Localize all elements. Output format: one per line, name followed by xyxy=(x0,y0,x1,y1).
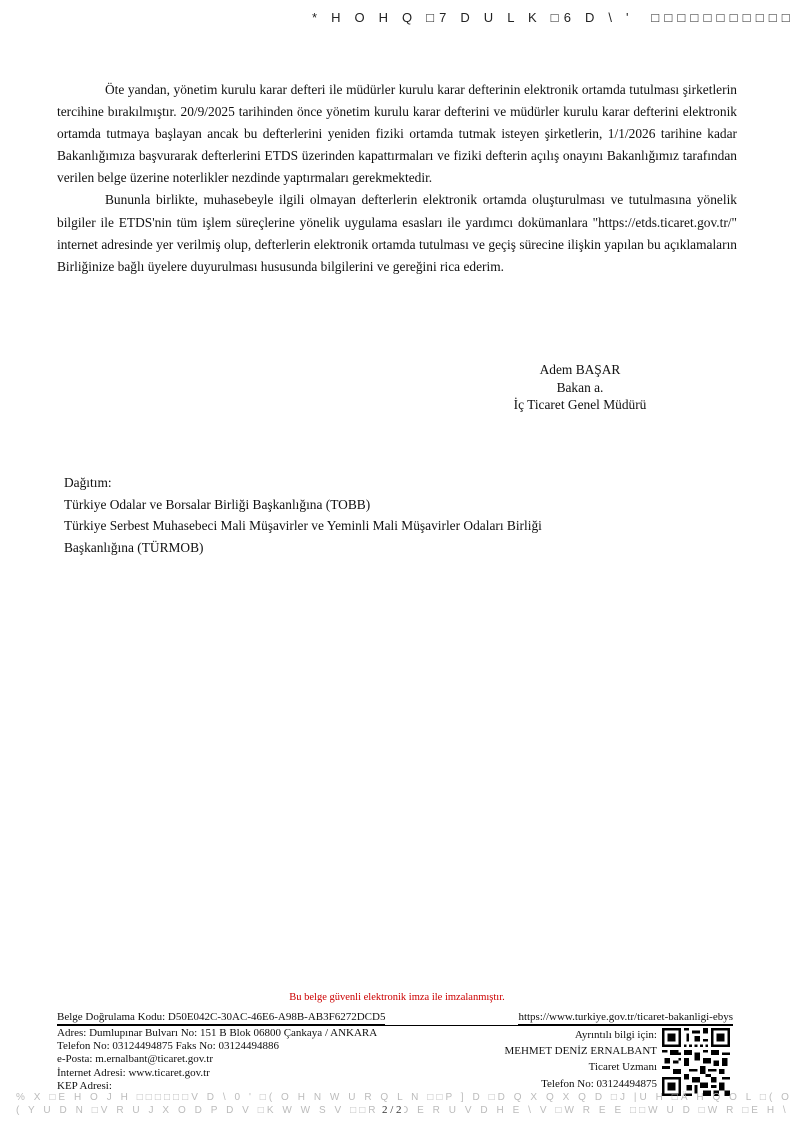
qr-code-icon xyxy=(662,1028,730,1096)
distribution-label: Dağıtım: xyxy=(64,472,664,494)
verification-code: Belge Doğrulama Kodu: D50E042C-30AC-46E6… xyxy=(57,1011,385,1025)
paragraph-etds-info: Bununla birlikte, muhasebeyle ilgili olm… xyxy=(57,189,737,277)
distribution-item: Türkiye Serbest Muhasebeci Mali Müşavirl… xyxy=(64,515,664,537)
garbled-header-title: * H O H Q □7 D U L K □6 D \ ' □□□□□□□□□□… xyxy=(312,10,794,25)
page-number: 2 / 2 xyxy=(380,1104,404,1116)
contact-name: MEHMET DENİZ ERNALBANT xyxy=(504,1043,657,1059)
verification-row: Belge Doğrulama Kodu: D50E042C-30AC-46E6… xyxy=(57,1011,733,1026)
distribution-item: Başkanlığına (TÜRMOB) xyxy=(64,537,664,559)
footer-contact-info: Adres: Dumlupınar Bulvarı No: 151 B Blok… xyxy=(57,1027,377,1093)
letter-body: Öte yandan, yönetim kurulu karar defteri… xyxy=(57,79,737,278)
verification-url-link[interactable]: https://www.turkiye.gov.tr/ticaret-bakan… xyxy=(518,1011,733,1025)
garbled-footer-line-1: % X □E H O J H □□□□□□V D \ 0 ' □( O H N … xyxy=(16,1092,794,1103)
distribution-list: Dağıtım: Türkiye Odalar ve Borsalar Birl… xyxy=(64,472,664,558)
footer-website[interactable]: İnternet Adresi: www.ticaret.gov.tr xyxy=(57,1067,377,1080)
signature-block: Adem BAŞAR Bakan a. İç Ticaret Genel Müd… xyxy=(480,361,680,414)
footer-address: Adres: Dumlupınar Bulvarı No: 151 B Blok… xyxy=(57,1027,377,1040)
signatory-name: Adem BAŞAR xyxy=(480,361,680,379)
signatory-title: İç Ticaret Genel Müdürü xyxy=(480,396,680,414)
footer-phone-fax: Telefon No: 03124494875 Faks No: 0312449… xyxy=(57,1040,377,1053)
contact-label: Ayrıntılı bilgi için: xyxy=(504,1027,657,1043)
contact-title: Ticaret Uzmanı xyxy=(504,1059,657,1075)
garbled-footer-line-2: ( Y U D N □V R U J X O D P D V □K W W S … xyxy=(16,1105,794,1116)
footer-responsible-person: Ayrıntılı bilgi için: MEHMET DENİZ ERNAL… xyxy=(504,1027,657,1092)
distribution-item: Türkiye Odalar ve Borsalar Birliği Başka… xyxy=(64,494,664,516)
signatory-role: Bakan a. xyxy=(480,379,680,397)
paragraph-electronic-books: Öte yandan, yönetim kurulu karar defteri… xyxy=(57,79,737,189)
contact-phone: Telefon No: 03124494875 xyxy=(504,1076,657,1092)
footer-email[interactable]: e-Posta: m.ernalbant@ticaret.gov.tr xyxy=(57,1053,377,1066)
secure-signature-note: Bu belge güvenli elektronik imza ile imz… xyxy=(0,992,794,1003)
